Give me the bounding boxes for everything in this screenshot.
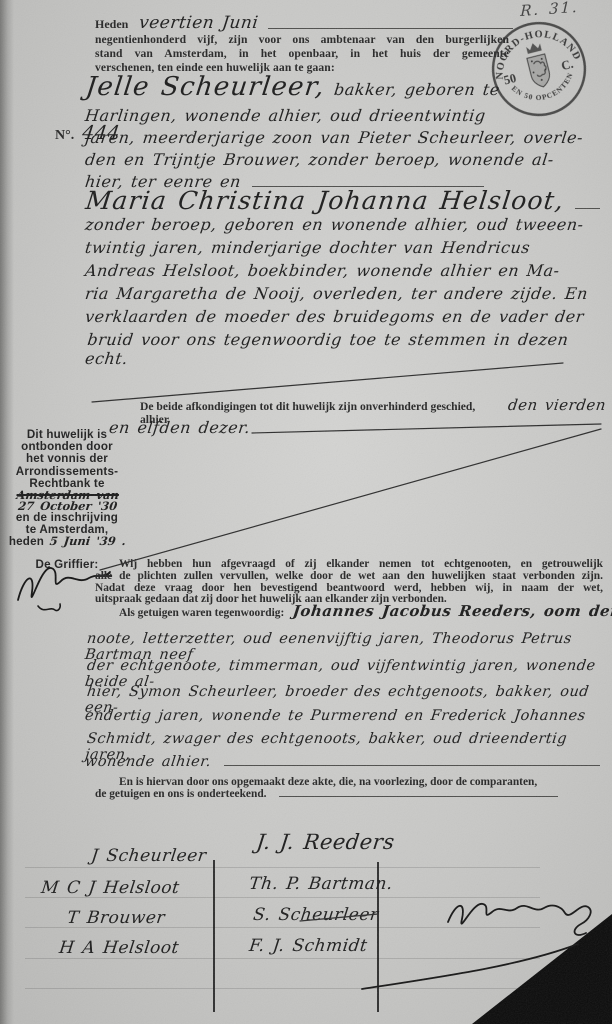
act-number-label: N°. <box>55 128 74 144</box>
ruled-line <box>575 208 600 209</box>
bride-name-line: Maria Christina Johanna Helsloot, <box>84 186 600 215</box>
vows-paragraph: Wij hebben hun afgevraagd of zij elkande… <box>95 559 603 620</box>
ruled-line <box>224 765 600 766</box>
date-line: Heden veertien Juni <box>95 15 513 32</box>
signature-witness-bartman: Th. P. Bartman. <box>248 874 394 894</box>
bride-line: twintig jaren, minderjarige dochter van … <box>84 238 586 257</box>
vows-line: alle de plichten zullen vervullen, welke… <box>95 571 603 583</box>
annulment-line: Arrondissements- <box>0 466 134 478</box>
signature-guide-line <box>25 867 540 868</box>
witness-last-line: wonende alhier. <box>84 754 600 770</box>
groom-line: jaren, meerderjarige zoon van Pieter Sch… <box>84 128 586 147</box>
annulment-heden-label: heden <box>9 536 44 548</box>
closing-paragraph: En is hiervan door ons opgemaakt deze ak… <box>95 776 603 801</box>
ruled-line <box>279 796 559 797</box>
bride-name: Maria Christina Johanna Helsloot, <box>84 186 566 215</box>
signature-guide-line <box>25 988 540 989</box>
signature-witness-reeders: J. J. Reeders <box>255 830 396 854</box>
bride-line: Andreas Helsloot, boekbinder, wonende al… <box>84 261 586 280</box>
witnesses-label: Als getuigen waren tegenwoordig: <box>95 608 284 620</box>
signature-witness-schmidt: F. J. Schmidt <box>248 936 369 956</box>
annulment-margin-note: Dit huwelijk is ontbonden door het vonni… <box>0 429 134 571</box>
witness-line: wonende alhier. <box>84 754 212 770</box>
signature-bride: M C J Helsloot <box>40 878 181 898</box>
blank-cross-line-lower <box>100 429 601 570</box>
marriage-certificate-scan: R. 31. NOORD-HOLLAND EN 50 OPCENTEN 50 C… <box>0 0 612 1024</box>
banns-date-1: den vierden <box>507 396 607 414</box>
signature-guide-line <box>25 958 540 959</box>
closing-last-row: de getuigen en ons is onderteekend. <box>95 788 603 800</box>
scan-corner-black-triangle <box>472 914 612 1024</box>
header-line: negentienhonderd vijf, zijn voor ons amb… <box>95 33 509 47</box>
signature-father-bride: H A Helsloot <box>58 938 180 958</box>
groom-name: Jelle Scheurleer, <box>84 72 327 102</box>
struck-word: alle <box>95 570 112 582</box>
groom-name-continuation: bakker, geboren te <box>333 80 501 99</box>
header-line: stand van Amsterdam, in het openbaar, in… <box>95 47 509 61</box>
closing-line: En is hiervan door ons opgemaakt deze ak… <box>95 776 603 788</box>
closing-line: de getuigen en ons is onderteekend. <box>95 788 267 800</box>
heden-label: Heden <box>95 17 128 32</box>
witness-handwritten-first: Johannes Jacobus Reeders, oom der echtge… <box>292 606 612 618</box>
signature-column-divider <box>213 860 215 1012</box>
signature-groom: J Scheurleer <box>90 846 208 866</box>
annulment-registration-date: 5 Juni '39 . <box>49 536 126 547</box>
wedding-date-handwritten: veertien Juni <box>138 15 259 32</box>
annulment-court-date: 27 October '30 <box>0 501 135 512</box>
witnesses-intro-row: Als getuigen waren tegenwoordig: Johanne… <box>95 606 603 620</box>
groom-name-line: Jelle Scheurleer, bakker, geboren te <box>84 72 499 102</box>
witness-line: endertig jaren, wonende te Purmerend en … <box>84 708 606 724</box>
signature-mother-groom: T Brouwer <box>66 908 166 928</box>
stamp-coat-of-arms-icon <box>524 41 553 89</box>
bride-line: zonder beroep, geboren en wonende alhier… <box>84 215 586 234</box>
vows-line-rest: de plichten zullen vervullen, welke door… <box>119 570 603 582</box>
annulment-heden-row: heden 5 Juni '39 . <box>0 536 134 548</box>
ruled-line <box>268 28 513 29</box>
header-paragraph: negentienhonderd vijf, zijn voor ons amb… <box>95 33 509 75</box>
groom-line: Harlingen, wonende alhier, oud drieentwi… <box>84 106 566 125</box>
annulment-line: het vonnis der <box>0 453 134 465</box>
consent-line: bruid voor ons tegenwoordig toe te stemm… <box>84 330 599 368</box>
consent-line: verklaarden de moeder des bruidegoms en … <box>84 307 596 326</box>
bride-line: ria Margaretha de Nooij, overleden, ter … <box>84 284 596 303</box>
signature-witness-scheurleer: S. Scheurleer <box>252 905 380 925</box>
groom-line: den en Trijntje Brouwer, zonder beroep, … <box>84 150 586 169</box>
